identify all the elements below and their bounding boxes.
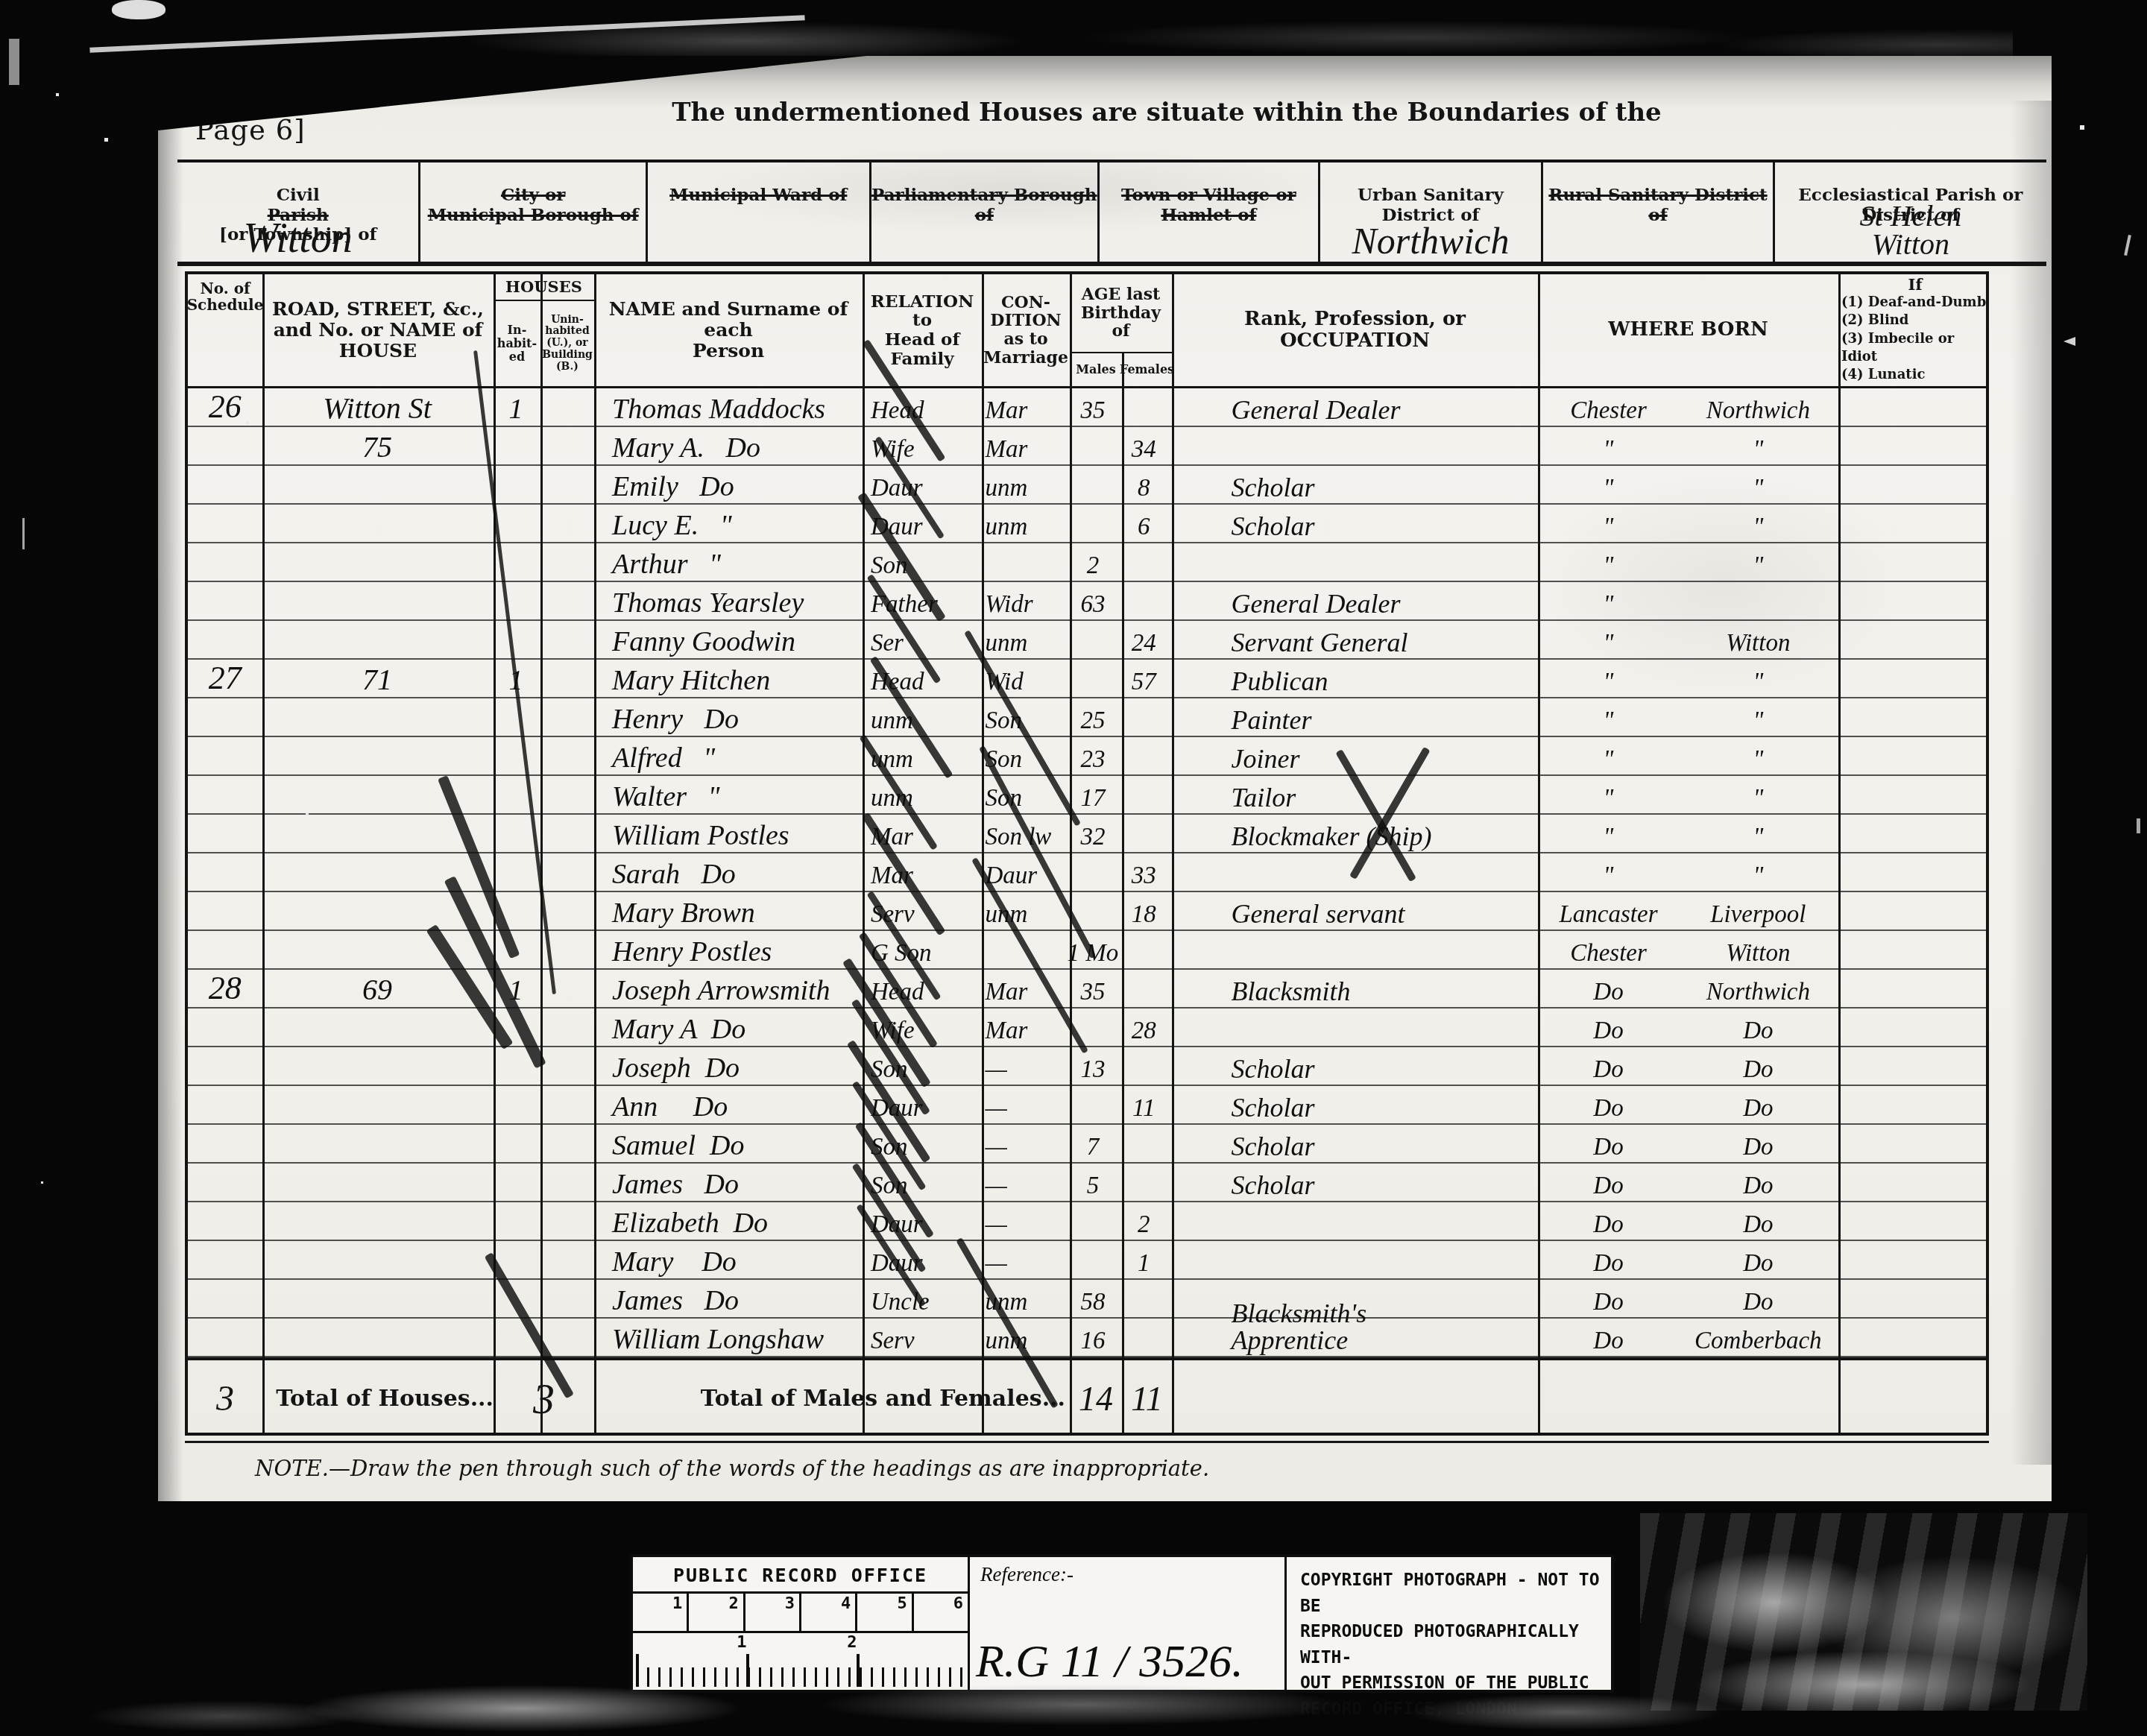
cell-name: Lucy E. " — [593, 511, 860, 542]
cell-schedule — [188, 1276, 262, 1278]
cell-uninhabited — [539, 1005, 593, 1007]
born-town: Do — [1683, 1019, 1833, 1044]
born-town: Northwich — [1683, 980, 1833, 1005]
cell-occupation: Scholar — [1169, 513, 1534, 542]
cell-where-born: "" — [1533, 515, 1833, 542]
double-rule — [177, 265, 2046, 266]
cell-age-female — [1119, 966, 1169, 968]
cell-schedule — [188, 1082, 262, 1085]
ruler-number: 1 — [633, 1594, 689, 1631]
cell-age-male: 2 — [1067, 554, 1119, 581]
cell-age-male: 58 — [1067, 1290, 1119, 1317]
born-town: Comberbach — [1683, 1329, 1833, 1354]
cell-infirmity — [1833, 1315, 1986, 1317]
table-row: Mary Do Daur — 1 DoDo — [188, 1241, 1986, 1280]
ecclesiastical-parish-box: Ecclesiastical Parish or District of St … — [1775, 162, 2046, 262]
cell-condition — [979, 578, 1067, 581]
cell-where-born: DoDo — [1533, 1252, 1833, 1278]
born-county: " — [1533, 786, 1683, 811]
born-town: Do — [1683, 1252, 1833, 1276]
ruler-number: 4 — [801, 1594, 857, 1631]
cell-where-born: DoDo — [1533, 1019, 1833, 1046]
ruler-number: 6 — [914, 1594, 968, 1631]
cell-condition: Mar — [979, 399, 1067, 426]
cell-inhabited — [493, 501, 540, 503]
cell-name: Ann Do — [593, 1093, 860, 1123]
cell-condition: unm — [979, 515, 1067, 542]
cell-infirmity — [1833, 772, 1986, 774]
cell-where-born: DoDo — [1533, 1096, 1833, 1123]
cell-road — [262, 1276, 493, 1278]
census-table: No. of Schedule ROAD, STREET, &c., and N… — [185, 271, 1989, 1436]
cell-name: Fanny Goodwin — [593, 628, 860, 658]
cell-age-male — [1067, 1276, 1119, 1278]
cell-age-male — [1067, 888, 1119, 891]
table-row: James Do Uncle unm 58 DoDo — [188, 1280, 1986, 1319]
cell-infirmity — [1833, 1276, 1986, 1278]
cell-inhabited — [493, 578, 540, 581]
cell-condition: — — [979, 1096, 1067, 1123]
cell-name: Emily Do — [593, 473, 860, 503]
cell-inhabited — [493, 1199, 540, 1201]
cell-age-male — [1067, 540, 1119, 542]
rural-sanitary-label: Rural Sanitary District of — [1548, 185, 1767, 224]
cell-occupation: Publican — [1169, 668, 1534, 697]
cell-inhabited — [493, 888, 540, 891]
cell-age-female: 28 — [1119, 1019, 1169, 1046]
header-age: AGE last Birthday of — [1070, 274, 1172, 353]
cell-schedule — [188, 850, 262, 852]
cell-condition — [979, 966, 1067, 968]
born-town: " — [1683, 438, 1833, 462]
film-speck — [2080, 125, 2084, 130]
table-header: No. of Schedule ROAD, STREET, &c., and N… — [188, 274, 1986, 388]
cell-schedule — [188, 540, 262, 542]
cell-uninhabited — [539, 617, 593, 619]
cell-condition: unm — [979, 476, 1067, 503]
film-speck — [41, 1181, 43, 1184]
cell-uninhabited — [539, 966, 593, 968]
table-row: James Do Son — 5 Scholar DoDo — [188, 1164, 1986, 1202]
film-edge-mark — [2137, 818, 2140, 833]
cell-age-male — [1067, 695, 1119, 697]
cell-condition: — — [979, 1252, 1067, 1278]
cell-infirmity — [1833, 1237, 1986, 1240]
cell-condition: Mar — [979, 438, 1067, 464]
born-town: " — [1683, 515, 1833, 540]
table-row: Thomas Yearsley Father Widr 63 General D… — [188, 582, 1986, 621]
cell-infirmity — [1833, 1082, 1986, 1085]
cell-road — [262, 850, 493, 852]
cell-uninhabited — [539, 656, 593, 658]
born-county: Do — [1533, 1252, 1683, 1276]
stamp-office-title: PUBLIC RECORD OFFICE — [633, 1557, 968, 1591]
cell-age-male — [1067, 1121, 1119, 1123]
table-row: Joseph Do Son — 13 Scholar DoDo — [188, 1047, 1986, 1086]
cell-name: Mary Hitchen — [593, 666, 860, 697]
born-county: " — [1533, 593, 1683, 617]
cell-inhabited — [493, 462, 540, 464]
cell-infirmity — [1833, 1005, 1986, 1007]
cell-schedule — [188, 966, 262, 968]
born-county: " — [1533, 864, 1683, 888]
cell-occupation — [1169, 1237, 1534, 1240]
cell-age-male: 13 — [1067, 1058, 1119, 1085]
cell-where-born: "" — [1533, 709, 1833, 736]
cell-uninhabited — [539, 888, 593, 891]
table-body: 26 Witton St 1 Thomas Maddocks Head Mar … — [188, 388, 1986, 1357]
cell-occupation — [1169, 1044, 1534, 1046]
born-county: Do — [1533, 1174, 1683, 1199]
cell-schedule — [188, 578, 262, 581]
born-county: Do — [1533, 1213, 1683, 1237]
header-males: Males — [1070, 353, 1122, 386]
cell-road — [262, 1199, 493, 1201]
ruler-inches: 1 2 3 4 5 6 — [633, 1591, 968, 1633]
civil-parish-label-pre: Civil — [277, 185, 320, 205]
town-village-label: Town or Village or Hamlet of — [1121, 185, 1296, 224]
cell-uninhabited — [539, 733, 593, 736]
cell-inhabited — [493, 772, 540, 774]
cell-inhabited — [493, 656, 540, 658]
cell-name: James Do — [593, 1170, 860, 1201]
born-town: " — [1683, 786, 1833, 811]
header-houses: HOUSES — [494, 274, 594, 301]
cell-inhabited — [493, 1354, 540, 1356]
cell-condition: Mar — [979, 1019, 1067, 1046]
cell-uninhabited — [539, 462, 593, 464]
cell-schedule — [188, 772, 262, 774]
born-town: " — [1683, 864, 1833, 888]
parliamentary-borough-label: Parliamentary Borough of — [871, 185, 1097, 224]
born-county: Lancaster — [1533, 903, 1683, 927]
cell-condition: unm — [979, 631, 1067, 658]
cell-road — [262, 1160, 493, 1162]
born-county: Do — [1533, 1096, 1683, 1121]
urban-sanitary-label: Urban Sanitary District of — [1358, 185, 1504, 224]
cell-condition: — — [979, 1058, 1067, 1085]
cell-uninhabited — [539, 850, 593, 852]
cell-age-male — [1067, 462, 1119, 464]
cell-where-born: DoDo — [1533, 1174, 1833, 1201]
total-males-females-label: Total of Males and Females... — [594, 1386, 1070, 1412]
cell-relation: Serv — [860, 1329, 979, 1356]
cell-uninhabited — [539, 578, 593, 581]
cell-infirmity — [1833, 540, 1986, 542]
cell-where-born: DoComberbach — [1533, 1329, 1833, 1356]
pro-stamp: PUBLIC RECORD OFFICE 1 2 3 4 5 6 1 2 Ref… — [630, 1554, 1614, 1693]
born-town: " — [1683, 670, 1833, 695]
cell-schedule — [188, 656, 262, 658]
table-row: 26 Witton St 1 Thomas Maddocks Head Mar … — [188, 388, 1986, 427]
born-county: " — [1533, 438, 1683, 462]
municipal-borough-box: City or Municipal Borough of — [420, 162, 648, 262]
born-county: Do — [1533, 1135, 1683, 1160]
film-blob — [112, 0, 165, 19]
cell-schedule — [188, 501, 262, 503]
cell-road — [262, 656, 493, 658]
born-county: Chester — [1533, 941, 1683, 966]
cell-condition: Son — [979, 786, 1067, 813]
municipal-ward-label: Municipal Ward of — [669, 185, 847, 205]
cell-schedule — [188, 1237, 262, 1240]
cell-infirmity — [1833, 656, 1986, 658]
cell-age-female — [1119, 772, 1169, 774]
cell-road — [262, 1044, 493, 1046]
header-schedule: No. of Schedule — [188, 274, 262, 398]
cell-uninhabited — [539, 1199, 593, 1201]
born-county: " — [1533, 825, 1683, 850]
cell-condition: — — [979, 1213, 1067, 1240]
born-town: Witton — [1683, 941, 1833, 966]
cell-schedule: 26 — [188, 391, 262, 426]
cell-age-male: 5 — [1067, 1174, 1119, 1201]
cell-name: Mary Brown — [593, 899, 860, 929]
cell-where-born: "" — [1533, 670, 1833, 697]
cell-name: Alfred " — [593, 744, 860, 774]
cell-schedule — [188, 1044, 262, 1046]
cell-inhabited: 1 — [493, 395, 540, 426]
born-town: " — [1683, 825, 1833, 850]
cell-age-male — [1067, 1044, 1119, 1046]
cell-where-born: "" — [1533, 748, 1833, 774]
cell-road — [262, 1082, 493, 1085]
born-county: Do — [1533, 980, 1683, 1005]
table-row: Mary A Do Wife Mar 28 DoDo — [188, 1009, 1986, 1047]
cell-infirmity — [1833, 1160, 1986, 1162]
table-row: Elizabeth Do Daur — 2 DoDo — [188, 1202, 1986, 1241]
header-infirmity-title: If — [1838, 276, 1992, 294]
cell-schedule — [188, 888, 262, 891]
cell-where-born: "" — [1533, 554, 1833, 581]
cell-name: Mary A Do — [593, 1015, 860, 1046]
cell-occupation: Tailor — [1169, 784, 1534, 813]
born-county: Do — [1533, 1058, 1683, 1082]
cell-uninhabited — [539, 772, 593, 774]
totals-schedule-mark: 3 — [188, 1378, 262, 1419]
cell-infirmity — [1833, 927, 1986, 929]
cell-uninhabited — [539, 1160, 593, 1162]
civil-parish-value: Witton — [177, 219, 418, 259]
cell-occupation — [1169, 966, 1534, 968]
born-county: " — [1533, 476, 1683, 501]
cell-age-female: 11 — [1119, 1096, 1169, 1123]
table-row: Lucy E. " Daur unm 6 Scholar "" — [188, 505, 1986, 543]
cell-name: James Do — [593, 1287, 860, 1317]
table-row: Samuel Do Son — 7 Scholar DoDo — [188, 1125, 1986, 1164]
table-row: Ann Do Daur — 11 Scholar DoDo — [188, 1086, 1986, 1125]
cell-occupation — [1169, 462, 1534, 464]
cell-schedule — [188, 1315, 262, 1317]
stamp-ruler-panel: PUBLIC RECORD OFFICE 1 2 3 4 5 6 1 2 — [633, 1557, 970, 1690]
stamp-copyright-panel: COPYRIGHT PHOTOGRAPH - NOT TO BE REPRODU… — [1287, 1557, 1611, 1690]
paper-edge-shade — [158, 56, 183, 1501]
cell-where-born: "" — [1533, 786, 1833, 813]
cell-age-female — [1119, 1199, 1169, 1201]
header-road: ROAD, STREET, &c., and No. or NAME of HO… — [262, 274, 494, 386]
cell-infirmity — [1833, 423, 1986, 426]
cell-schedule — [188, 1160, 262, 1162]
cell-age-female — [1119, 578, 1169, 581]
cell-age-male — [1067, 501, 1119, 503]
born-county: Do — [1533, 1329, 1683, 1354]
cell-age-male: 25 — [1067, 709, 1119, 736]
cell-road — [262, 578, 493, 581]
cell-age-female: 34 — [1119, 438, 1169, 464]
cell-name: Henry Postles — [593, 938, 860, 968]
cell-where-born: DoDo — [1533, 1135, 1833, 1162]
cell-road — [262, 1354, 493, 1356]
census-photograph: Page 6] The undermentioned Houses are si… — [0, 0, 2147, 1736]
cell-age-female — [1119, 423, 1169, 426]
born-town: Do — [1683, 1058, 1833, 1082]
cell-schedule — [188, 1121, 262, 1123]
film-speck — [306, 812, 309, 815]
born-county: Do — [1533, 1019, 1683, 1044]
stamp-reference-panel: Reference:- R.G 11 / 3526. — [970, 1557, 1287, 1690]
cell-where-born: "" — [1533, 864, 1833, 891]
total-houses-value: 3 — [494, 1374, 594, 1424]
cell-age-female: 8 — [1119, 476, 1169, 503]
cell-road — [262, 1237, 493, 1240]
cell-where-born: ChesterWitton — [1533, 941, 1833, 968]
cell-schedule: 27 — [188, 662, 262, 697]
born-town: Do — [1683, 1096, 1833, 1121]
cell-name: Joseph Do — [593, 1054, 860, 1085]
cell-uninhabited — [539, 811, 593, 813]
cell-name: Sarah Do — [593, 860, 860, 891]
table-row: 75 Mary A. Do Wife Mar 34 "" — [188, 427, 1986, 466]
born-town: " — [1683, 476, 1833, 501]
table-row: William Longshaw Serv unm 16 Blacksmith'… — [188, 1319, 1986, 1357]
cell-infirmity — [1833, 501, 1986, 503]
cell-age-female — [1119, 811, 1169, 813]
cell-where-born: ChesterNorthwich — [1533, 399, 1833, 426]
cell-name: Thomas Yearsley — [593, 589, 860, 619]
cell-uninhabited — [539, 1315, 593, 1317]
cell-relation: Head — [860, 670, 979, 697]
table-row: Fanny Goodwin Ser unm 24 Servant General… — [188, 621, 1986, 660]
cell-occupation — [1169, 1276, 1534, 1278]
cell-schedule — [188, 462, 262, 464]
cell-uninhabited — [539, 501, 593, 503]
table-row: Arthur " Son 2 "" — [188, 543, 1986, 582]
municipal-borough-label: City or Municipal Borough of — [428, 185, 639, 224]
cell-age-female: 57 — [1119, 670, 1169, 697]
ruler-number: 3 — [745, 1594, 801, 1631]
cell-where-born: DoDo — [1533, 1058, 1833, 1085]
cell-age-male: 32 — [1067, 825, 1119, 852]
table-row: 27 71 1 Mary Hitchen Head Wid 57 Publica… — [188, 660, 1986, 698]
cell-occupation: General Dealer — [1169, 590, 1534, 619]
cell-name: Elizabeth Do — [593, 1209, 860, 1240]
film-speck — [246, 421, 249, 424]
born-town: Do — [1683, 1290, 1833, 1315]
cell-inhabited — [493, 1237, 540, 1240]
born-county: Chester — [1533, 399, 1683, 423]
born-town: " — [1683, 709, 1833, 733]
total-females: 11 — [1122, 1379, 1172, 1418]
cell-inhabited — [493, 1315, 540, 1317]
page-title: The undermentioned Houses are situate wi… — [608, 98, 1726, 127]
film-mark — [2064, 337, 2075, 346]
born-town: " — [1683, 748, 1833, 772]
cell-where-born: "Witton — [1533, 631, 1833, 658]
film-speck — [104, 138, 108, 142]
cell-age-female — [1119, 1354, 1169, 1356]
cell-where-born: "" — [1533, 476, 1833, 503]
cell-condition: Widr — [979, 593, 1067, 619]
born-county: " — [1533, 670, 1683, 695]
cell-uninhabited — [539, 1121, 593, 1123]
cell-road: Witton St — [262, 394, 493, 426]
cell-schedule — [188, 1199, 262, 1201]
cell-where-born: LancasterLiverpool — [1533, 903, 1833, 929]
cell-where-born: "" — [1533, 825, 1833, 852]
civil-parish-box: Civil Parish [or Township] of Witton — [177, 162, 420, 262]
cell-age-male: 23 — [1067, 748, 1119, 774]
cell-name: Thomas Maddocks — [593, 395, 860, 426]
cell-occupation: Scholar — [1169, 1133, 1534, 1162]
cell-uninhabited — [539, 1044, 593, 1046]
cell-name: William Longshaw — [593, 1325, 860, 1356]
totals-row: 3 Total of Houses... 3 Total of Males an… — [188, 1357, 1986, 1436]
ecclesiastical-parish-value: St Helen Witton — [1775, 202, 2046, 259]
table-row: Alfred " unm Son 23 Joiner "" — [188, 737, 1986, 776]
table-row: Henry Do unm Son 25 Painter "" — [188, 698, 1986, 737]
born-county: " — [1533, 748, 1683, 772]
cell-occupation — [1169, 578, 1534, 581]
cell-occupation: General servant — [1169, 900, 1534, 929]
header-females: Females — [1122, 353, 1172, 386]
cell-occupation: Servant General — [1169, 629, 1534, 658]
cell-relation: Father — [860, 593, 979, 619]
cell-uninhabited — [539, 1082, 593, 1085]
cell-age-male: 35 — [1067, 980, 1119, 1007]
cell-age-female — [1119, 1082, 1169, 1085]
cell-name: Mary A. Do — [593, 434, 860, 464]
header-occupation: Rank, Profession, or OCCUPATION — [1172, 274, 1538, 386]
cell-occupation: Scholar — [1169, 1094, 1534, 1123]
cell-age-female: 18 — [1119, 903, 1169, 929]
cell-where-born: DoNorthwich — [1533, 980, 1833, 1007]
cell-infirmity — [1833, 1044, 1986, 1046]
cell-uninhabited — [539, 1237, 593, 1240]
cell-occupation: Scholar — [1169, 1172, 1534, 1201]
cell-relation: unm — [860, 786, 979, 813]
born-town: Do — [1683, 1174, 1833, 1199]
cell-uninhabited — [539, 695, 593, 697]
table-row: Emily Do Daur unm 8 Scholar "" — [188, 466, 1986, 505]
cell-age-female: 2 — [1119, 1213, 1169, 1240]
cell-occupation: General Dealer — [1169, 397, 1534, 426]
cell-uninhabited — [539, 540, 593, 542]
cell-inhabited — [493, 1160, 540, 1162]
cell-age-male: 35 — [1067, 399, 1119, 426]
rural-sanitary-box: Rural Sanitary District of — [1543, 162, 1775, 262]
born-county: Do — [1533, 1290, 1683, 1315]
cell-occupation: Blockmaker (Ship) — [1169, 823, 1534, 852]
total-houses-label: Total of Houses... — [262, 1386, 494, 1412]
cell-age-female — [1119, 617, 1169, 619]
cell-inhabited — [493, 850, 540, 852]
cell-age-male: 17 — [1067, 786, 1119, 813]
cell-schedule — [188, 927, 262, 929]
born-county: " — [1533, 554, 1683, 578]
cell-schedule — [188, 1354, 262, 1356]
film-scratch — [2124, 235, 2131, 256]
cell-inhabited — [493, 1121, 540, 1123]
